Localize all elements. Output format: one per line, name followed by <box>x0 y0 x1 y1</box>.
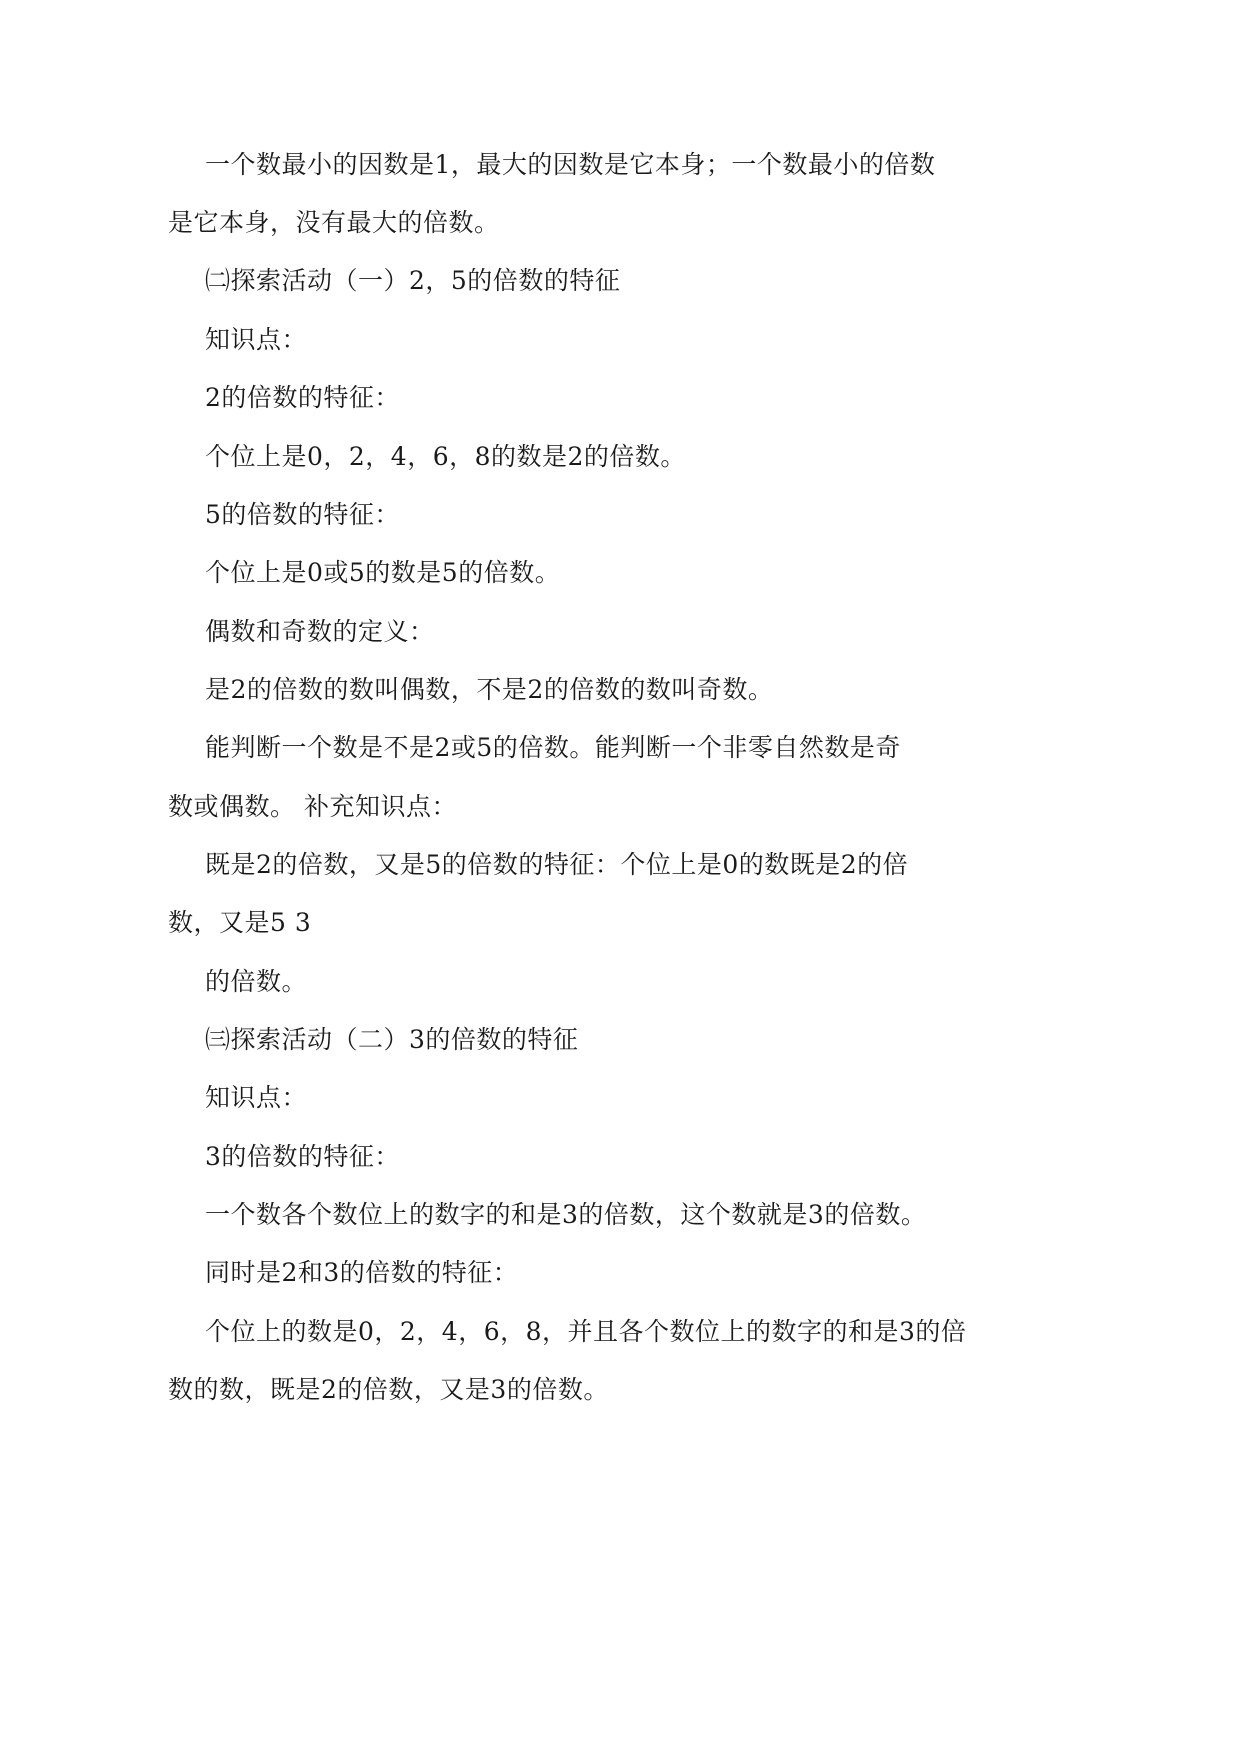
paragraph-line: 个位上是0，2，4，6，8的数是2的倍数。 <box>205 442 686 472</box>
paragraph-line: 是它本身，没有最大的倍数。 <box>168 208 500 238</box>
section-heading: ㈢探索活动（二）3的倍数的特征 <box>205 1025 578 1055</box>
paragraph-line: 的倍数。 <box>205 967 307 997</box>
subheading: 同时是2和3的倍数的特征： <box>205 1258 518 1288</box>
subheading: 知识点： <box>205 325 307 355</box>
subheading: 2的倍数的特征： <box>205 383 400 413</box>
paragraph-line: 数的数，既是2的倍数，又是3的倍数。 <box>168 1375 609 1405</box>
document-page: 一个数最小的因数是1，最大的因数是它本身；一个数最小的倍数 是它本身，没有最大的… <box>0 0 1241 1754</box>
paragraph-line: 一个数各个数位上的数字的和是3的倍数，这个数就是3的倍数。 <box>205 1200 926 1230</box>
paragraph-line: 数或偶数。 补充知识点： <box>168 792 457 822</box>
paragraph-line: 能判断一个数是不是2或5的倍数。能判断一个非零自然数是奇 <box>205 733 901 763</box>
paragraph-line: 个位上是0或5的数是5的倍数。 <box>205 558 560 588</box>
subheading: 偶数和奇数的定义： <box>205 617 435 647</box>
subheading: 5的倍数的特征： <box>205 500 400 530</box>
paragraph-line: 既是2的倍数，又是5的倍数的特征：个位上是0的数既是2的倍 <box>205 850 908 880</box>
paragraph-line: 数，又是5 3 <box>168 908 311 938</box>
section-heading: ㈡探索活动（一）2，5的倍数的特征 <box>205 266 620 296</box>
subheading: 3的倍数的特征： <box>205 1142 400 1172</box>
paragraph-line: 一个数最小的因数是1，最大的因数是它本身；一个数最小的倍数 <box>205 150 935 180</box>
subheading: 知识点： <box>205 1083 307 1113</box>
paragraph-line: 个位上的数是0，2，4，6，8，并且各个数位上的数字的和是3的倍 <box>205 1317 966 1347</box>
paragraph-line: 是2的倍数的数叫偶数，不是2的倍数的数叫奇数。 <box>205 675 773 705</box>
